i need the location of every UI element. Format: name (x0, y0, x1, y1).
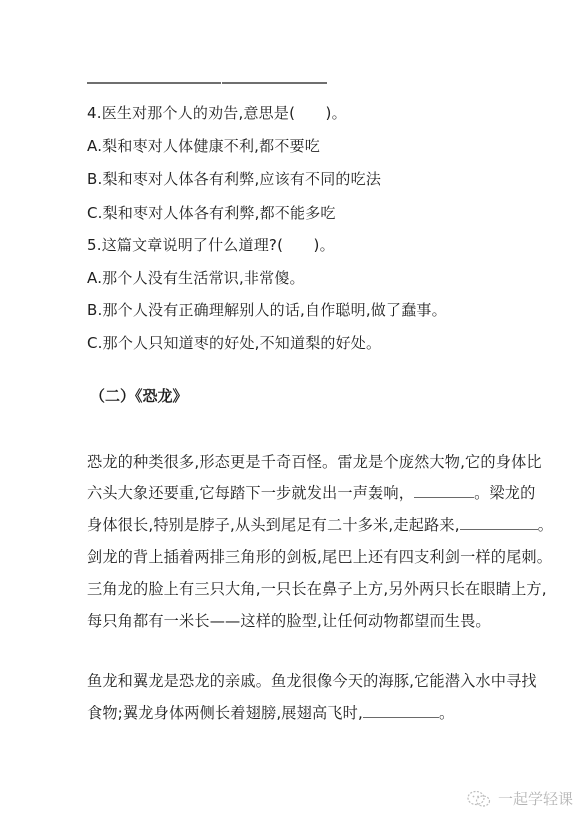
question-5-option-c: C.那个人只知道枣的好处,不知道梨的好处。 (87, 333, 381, 353)
paragraph-text: 食物;翼龙身体两侧长着翅膀,展翅高飞时, (87, 704, 363, 722)
question-5-option-b: B.那个人没有正确理解别人的话,自作聪明,做了蠢事。 (87, 300, 447, 320)
watermark-text: 一起学轻课 (498, 788, 573, 809)
question-4: 4.医生对那个人的劝告,意思是( )。 (87, 103, 347, 123)
paragraph-2-line-2: 食物;翼龙身体两侧长着翅膀,展翅高飞时,。 (87, 703, 454, 723)
watermark: 一起学轻课 (466, 788, 573, 809)
paragraph-1-line-5: 三角龙的脸上有三只大角,一只长在鼻子上方,另外两只长在眼睛上方, (87, 579, 547, 599)
paragraph-text: 六头大象还要重,它每踏下一步就发出一声轰响， (87, 484, 414, 502)
answer-line-segment (222, 82, 327, 84)
fill-in-blank-1[interactable] (414, 483, 474, 498)
paragraph-1-line-6: 每只角都有一米长——这样的脸型,让任何动物都望而生畏。 (87, 611, 491, 631)
question-4-option-a: A.梨和枣对人体健康不利,都不要吃 (87, 136, 320, 156)
fill-in-blank-2[interactable] (460, 515, 538, 530)
question-4-option-b: B.梨和枣对人体各有利弊,应该有不同的吃法 (87, 169, 381, 189)
question-4-option-c: C.梨和枣对人体各有利弊,都不能多吃 (87, 203, 336, 223)
paragraph-1-line-3: 身体很长,特别是脖子,从头到尾足有二十多米,走起路来,。 (87, 515, 553, 535)
paragraph-2-line-1: 鱼龙和翼龙是恐龙的亲戚。鱼龙很像今天的海豚,它能潜入水中寻找 (87, 671, 537, 691)
section-heading: （二）《恐龙》 (90, 386, 188, 406)
paragraph-text: 。梁龙的 (474, 484, 535, 502)
paragraph-1-line-2: 六头大象还要重,它每踏下一步就发出一声轰响，。梁龙的 (87, 483, 535, 503)
question-5: 5.这篇文章说明了什么道理?( )。 (87, 235, 335, 255)
question-5-option-a: A.那个人没有生活常识,非常傻。 (87, 268, 305, 288)
paragraph-1-line-4: 剑龙的背上插着两排三角形的剑板,尾巴上还有四支利剑一样的尾刺。 (87, 547, 552, 567)
worksheet-page: 4.医生对那个人的劝告,意思是( )。 A.梨和枣对人体健康不利,都不要吃 B.… (0, 0, 586, 828)
paragraph-text: 身体很长,特别是脖子,从头到尾足有二十多米,走起路来, (87, 516, 460, 534)
paragraph-1-line-1: 恐龙的种类很多,形态更是千奇百怪。雷龙是个庞然大物,它的身体比 (87, 452, 542, 472)
paragraph-text: 。 (538, 516, 553, 534)
wechat-icon (466, 789, 492, 809)
answer-blank-line (87, 82, 327, 84)
fill-in-blank-3[interactable] (363, 703, 439, 718)
paragraph-text: 。 (439, 704, 454, 722)
answer-line-segment (87, 82, 221, 84)
